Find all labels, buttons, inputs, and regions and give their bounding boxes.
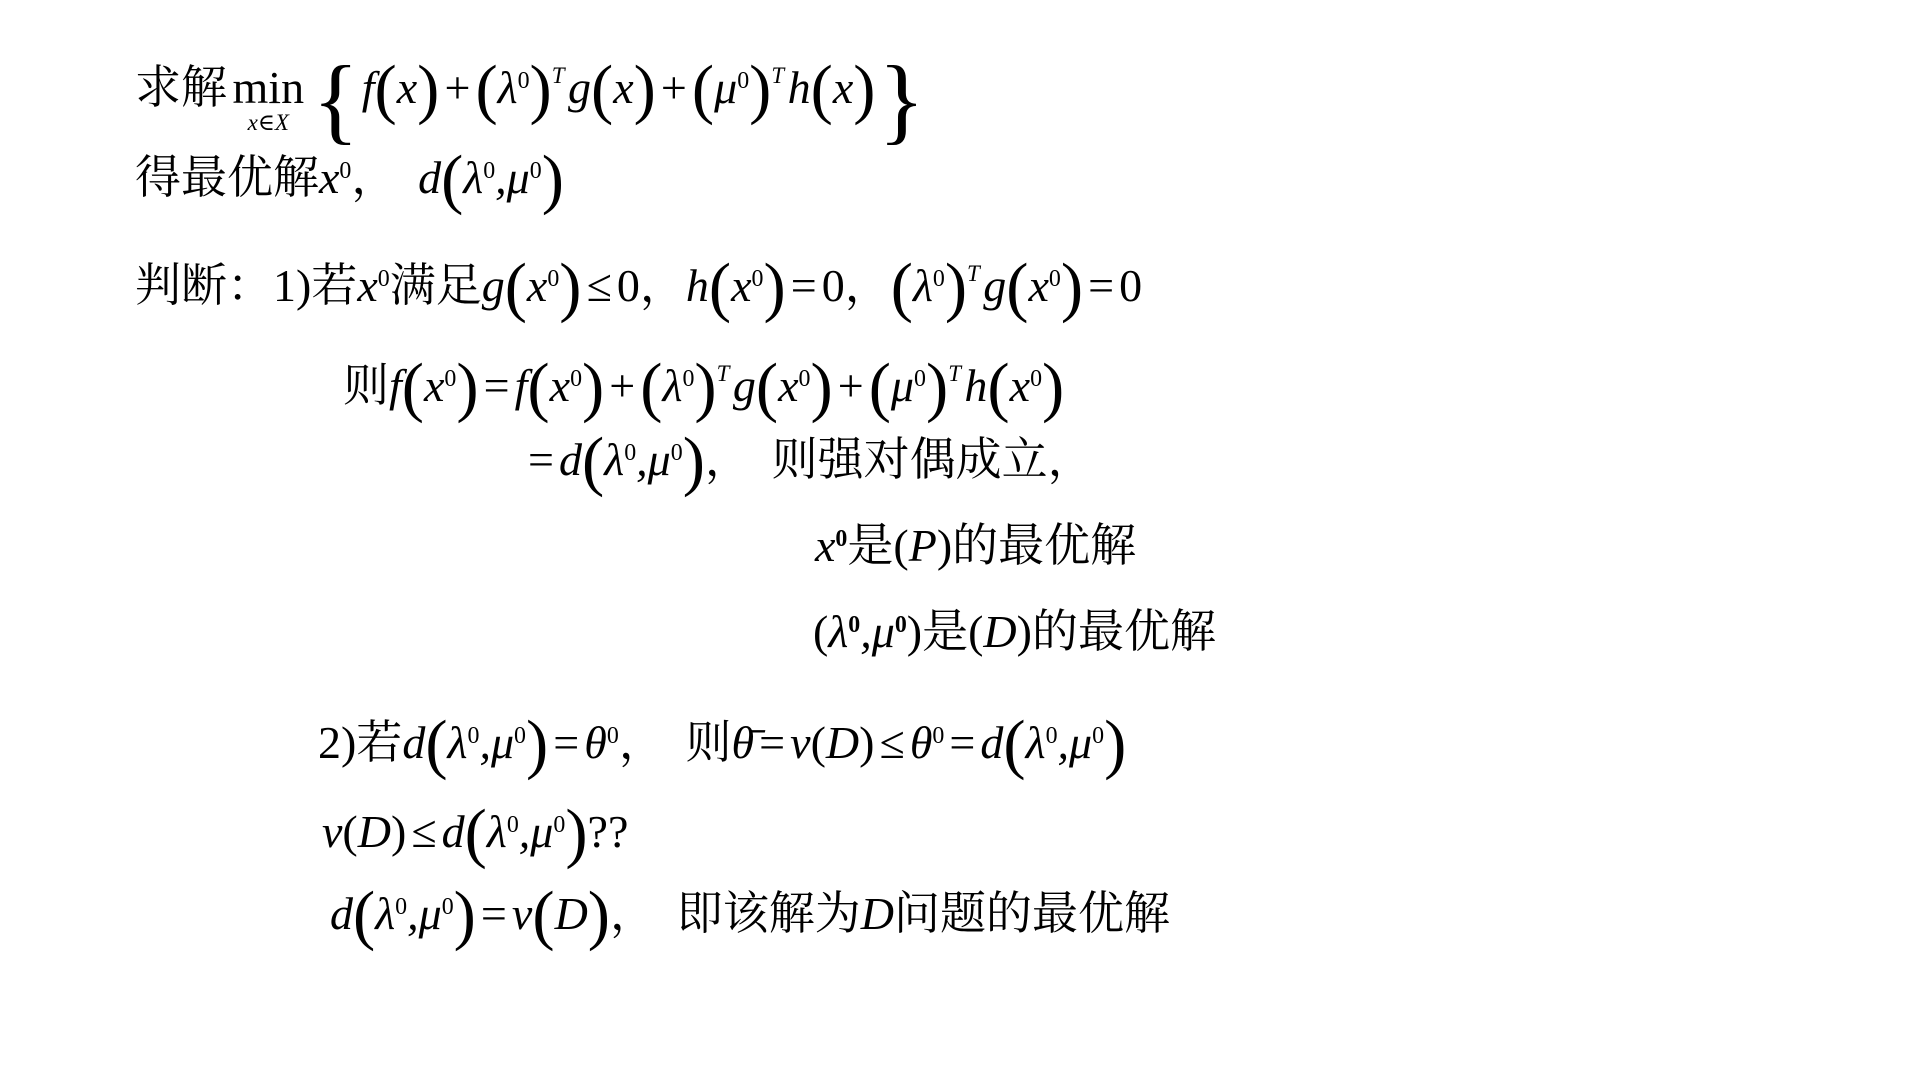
math-paren: ( [375, 53, 397, 126]
math-sup: 0 [752, 266, 764, 292]
math-var: x [1029, 260, 1049, 311]
math-comma: , [1058, 717, 1070, 768]
math-paren: ( [709, 251, 731, 324]
math-paren: ) [391, 806, 406, 857]
math-paren: ) [853, 53, 875, 126]
math-var: x [397, 62, 417, 113]
cjk-comma: ， [845, 260, 891, 311]
math-paren: ) [530, 53, 552, 126]
math-var: θ [584, 717, 607, 768]
math-paren: ) [907, 606, 922, 657]
math-sup: 0 [442, 894, 454, 920]
math-var: λ [375, 888, 395, 939]
math-num: 0 [822, 260, 845, 311]
formula-line-vD-question: v(D)≤d(λ0,μ0)?? [322, 806, 628, 859]
math-var: d [442, 806, 465, 857]
math-paren: ( [532, 879, 554, 952]
cjk-text: 则强对偶成立， [772, 434, 1094, 485]
math-brace: { [310, 46, 362, 153]
math-sup: 0 [395, 894, 407, 920]
math-var: D [861, 888, 894, 939]
math-var: x [613, 62, 633, 113]
formula-line-equals-d-strong-duality: =d(λ0,μ0)，则强对偶成立， [523, 434, 1094, 487]
cjk-text: 得最优解 [135, 152, 319, 203]
math-paren: ( [891, 251, 913, 324]
math-var: D [358, 806, 391, 857]
math-sup: 0 [835, 526, 847, 552]
math-var: d [980, 717, 1003, 768]
math-var: λ [1026, 717, 1046, 768]
formula-line-conclusion: d(λ0,μ0)=v(D)，即该解为D问题的最优解 [330, 888, 1170, 941]
math-comma: , [479, 717, 491, 768]
math-var: λ [463, 152, 483, 203]
math-var: μ [891, 360, 914, 411]
math-comma: , [860, 606, 872, 657]
cjk-text: 若 [356, 717, 402, 768]
formula-line-lambda-mu-optimal-D: (λ0,μ0)是(D)的最优解 [813, 606, 1216, 659]
transpose-sup: T [771, 63, 784, 88]
math-paren: ) [1042, 351, 1064, 424]
math-paren: ) [456, 351, 478, 424]
math-sup: 0 [483, 158, 495, 184]
math-sup: 0 [530, 158, 542, 184]
math-paren: ) [694, 351, 716, 424]
math-var: P [909, 520, 937, 571]
math-paren: ( [869, 351, 891, 424]
math-paren: ) [859, 717, 874, 768]
math-var: x [778, 360, 798, 411]
math-paren: ) [1061, 251, 1083, 324]
math-sup: 0 [932, 723, 944, 749]
math-sup: 0 [444, 366, 456, 392]
math-paren: ( [811, 53, 833, 126]
math-op: = [476, 888, 512, 939]
cjk-comma: ， [610, 888, 656, 939]
formula-line-solve-min: 求解minx∈X{f(x)+(λ0)Tg(x)+(μ0)Th(x)} [135, 62, 928, 134]
math-var: μ [491, 717, 514, 768]
math-op: ≤ [582, 260, 617, 311]
math-sup: 0 [378, 266, 390, 292]
cjk-comma: ， [619, 717, 665, 768]
cjk-text: 的最优解 [1032, 606, 1216, 657]
math-op: ≤ [874, 717, 909, 768]
math-paren: ( [582, 425, 604, 498]
math-var: x [527, 260, 547, 311]
math-paren: ) [634, 53, 656, 126]
math-sup: 0 [607, 723, 619, 749]
math-sup: 0 [514, 723, 526, 749]
math-var: x [833, 62, 853, 113]
math-var: x [319, 152, 339, 203]
min-operator: minx∈X [233, 65, 305, 134]
math-comma: , [407, 888, 419, 939]
math-paren: ) [565, 797, 587, 870]
math-sup: 0 [914, 366, 926, 392]
math-paren: ( [692, 53, 714, 126]
math-sup: 0 [682, 366, 694, 392]
math-paren: ) [937, 520, 952, 571]
transpose-sup: T [717, 361, 730, 386]
math-op: = [1083, 260, 1119, 311]
math-var: λ [604, 434, 624, 485]
math-var: μ [530, 806, 553, 857]
math-paren: ) [588, 879, 610, 952]
math-var: x [815, 520, 835, 571]
math-sup: 0 [895, 612, 907, 638]
math-paren: ( [505, 251, 527, 324]
math-var: x [731, 260, 751, 311]
math-sup: 0 [798, 366, 810, 392]
math-var: f [362, 62, 375, 113]
math-var: d [330, 888, 353, 939]
math-var: g [733, 360, 756, 411]
math-op: + [833, 360, 869, 411]
math-paren: ( [591, 53, 613, 126]
math-sup: 0 [671, 440, 683, 466]
min-subscript: x∈X [248, 111, 289, 134]
math-var: v [512, 888, 532, 939]
math-var: λ [913, 260, 933, 311]
cjk-text: 若 [311, 260, 357, 311]
math-var: f [515, 360, 528, 411]
cjk-text: 问题的最优解 [894, 888, 1170, 939]
math-var: D [826, 717, 859, 768]
math-paren: ( [813, 606, 828, 657]
math-paren: ) [582, 351, 604, 424]
math-paren: ) [763, 251, 785, 324]
math-paren: ( [1006, 251, 1028, 324]
math-op: = [786, 260, 822, 311]
math-sup: 0 [933, 266, 945, 292]
theta-bar: θ̄ [732, 717, 755, 768]
math-paren: ( [640, 351, 662, 424]
math-sup: 0 [518, 68, 530, 94]
math-sup: 0 [553, 812, 565, 838]
math-op: = [523, 434, 559, 485]
math-var: v [322, 806, 342, 857]
cjk-text: 是 [922, 606, 968, 657]
math-var: D [555, 888, 588, 939]
case-number: 2) [318, 717, 356, 768]
transpose-sup: T [948, 361, 961, 386]
math-var: x [424, 360, 444, 411]
math-paren: ( [342, 806, 357, 857]
math-paren: ( [756, 351, 778, 424]
transpose-sup: T [552, 63, 565, 88]
math-op: = [754, 717, 790, 768]
math-paren: ) [1017, 606, 1032, 657]
math-sup: 0 [1030, 366, 1042, 392]
min-label: min [233, 65, 305, 111]
math-paren: ) [417, 53, 439, 126]
cjk-text: 满足 [390, 260, 482, 311]
math-op: + [604, 360, 640, 411]
question-marks: ?? [588, 806, 629, 857]
math-paren: ) [945, 251, 967, 324]
transpose-sup: T [967, 261, 980, 286]
math-var: μ [714, 62, 737, 113]
math-paren: ) [683, 425, 705, 498]
math-var: μ [872, 606, 895, 657]
math-paren: ) [926, 351, 948, 424]
math-var: λ [487, 806, 507, 857]
math-var: λ [663, 360, 683, 411]
math-paren: ( [811, 717, 826, 768]
cjk-text: 是 [847, 520, 893, 571]
math-sup: 0 [507, 812, 519, 838]
math-var: x [550, 360, 570, 411]
formula-line-then-f-equals: 则f(x0)=f(x0)+(λ0)Tg(x0)+(μ0)Th(x0) [343, 360, 1064, 413]
math-op: = [944, 717, 980, 768]
math-var: μ [648, 434, 671, 485]
formula-line-x-optimal-P: x0是(P)的最优解 [815, 520, 1136, 573]
math-var: μ [1069, 717, 1092, 768]
math-var: f [389, 360, 402, 411]
cjk-text: 判断： [135, 260, 273, 311]
math-paren: ) [749, 53, 771, 126]
cjk-comma: ， [351, 152, 397, 203]
math-paren: ) [526, 708, 548, 781]
math-var: λ [448, 717, 468, 768]
math-paren: ( [527, 351, 549, 424]
math-var: x [1010, 360, 1030, 411]
math-comma: , [519, 806, 531, 857]
math-paren: ( [1003, 708, 1025, 781]
cjk-text: 求解 [135, 62, 227, 113]
math-paren: ) [559, 251, 581, 324]
math-paren: ) [542, 143, 564, 216]
math-comma: , [636, 434, 648, 485]
math-var: h [686, 260, 709, 311]
cjk-text: 的最优解 [952, 520, 1136, 571]
math-sup: 0 [547, 266, 559, 292]
math-sup: 0 [624, 440, 636, 466]
formula-line-case2: 2)若d(λ0,μ0)=θ0，则θ̄=v(D)≤θ0=d(λ0,μ0) [318, 717, 1126, 770]
math-var: λ [828, 606, 848, 657]
math-sup: 0 [1049, 266, 1061, 292]
math-comma: , [495, 152, 507, 203]
math-op: + [439, 62, 475, 113]
formula-line-optimal-solution: 得最优解x0，d(λ0,μ0) [135, 152, 564, 205]
math-var: h [964, 360, 987, 411]
math-sup: 0 [339, 158, 351, 184]
cjk-text: 则 [686, 717, 732, 768]
math-num: 0 [617, 260, 640, 311]
math-var: d [559, 434, 582, 485]
math-var: g [482, 260, 505, 311]
math-paren: ) [810, 351, 832, 424]
math-paren: ( [968, 606, 983, 657]
math-var: θ [910, 717, 933, 768]
math-sup: 0 [737, 68, 749, 94]
math-num: 0 [1119, 260, 1142, 311]
math-var: h [788, 62, 811, 113]
math-var: D [983, 606, 1016, 657]
math-var: g [568, 62, 591, 113]
math-op: = [479, 360, 515, 411]
math-var: x [357, 260, 377, 311]
math-sup: 0 [1092, 723, 1104, 749]
math-op: + [656, 62, 692, 113]
math-paren: ( [465, 797, 487, 870]
math-var: g [983, 260, 1006, 311]
math-var: μ [419, 888, 442, 939]
math-paren: ( [441, 143, 463, 216]
math-var: μ [507, 152, 530, 203]
math-sup: 0 [570, 366, 582, 392]
cjk-text: 即该解为 [677, 888, 861, 939]
case-number: 1) [273, 260, 311, 311]
math-var: d [418, 152, 441, 203]
math-sup: 0 [848, 612, 860, 638]
math-paren: ) [454, 879, 476, 952]
math-sup: 0 [467, 723, 479, 749]
math-op: ≤ [406, 806, 441, 857]
cjk-comma: ， [640, 260, 686, 311]
math-paren: ( [987, 351, 1009, 424]
math-paren: ( [402, 351, 424, 424]
math-var: v [790, 717, 810, 768]
math-sup: 0 [1046, 723, 1058, 749]
cjk-text: 则 [343, 360, 389, 411]
math-var: d [402, 717, 425, 768]
math-brace: } [875, 46, 927, 153]
math-paren: ( [893, 520, 908, 571]
math-paren: ( [475, 53, 497, 126]
math-paren: ) [1104, 708, 1126, 781]
math-paren: ( [353, 879, 375, 952]
notes-page: 求解minx∈X{f(x)+(λ0)Tg(x)+(μ0)Th(x)} 得最优解x… [0, 0, 1920, 1080]
cjk-comma: ， [705, 434, 751, 485]
formula-line-case1-condition: 判断：1)若x0满足g(x0)≤0，h(x0)=0，(λ0)Tg(x0)=0 [135, 260, 1142, 313]
math-var: λ [498, 62, 518, 113]
math-paren: ( [425, 708, 447, 781]
math-op: = [548, 717, 584, 768]
